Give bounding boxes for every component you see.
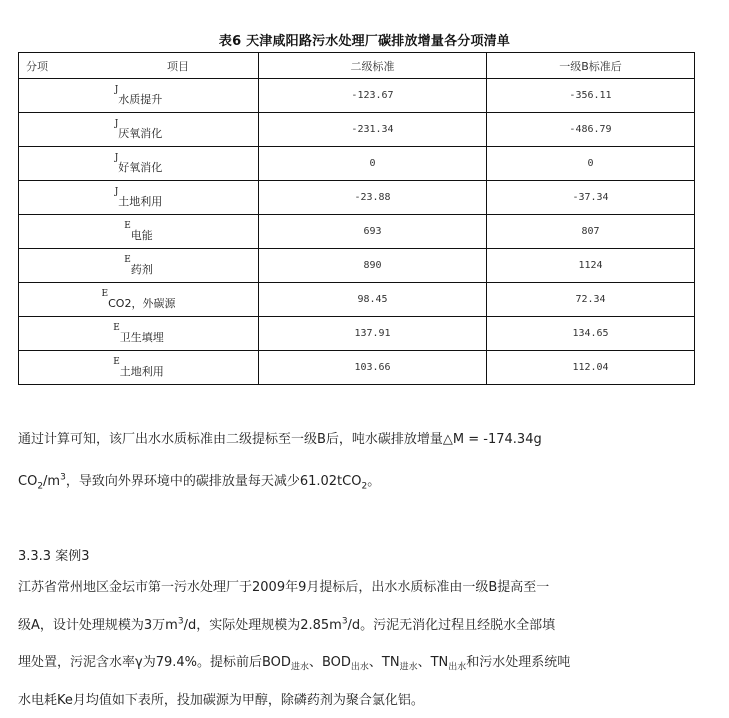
- text-span: /d。污泥无消化过程且经脱水全部填: [348, 618, 556, 633]
- text-span: 、TN: [418, 655, 449, 670]
- secondary-value: 0: [259, 147, 487, 181]
- first-b-value: -356.11: [487, 79, 695, 113]
- table-row: E药剂 890 1124: [19, 249, 695, 283]
- secondary-value: 103.66: [259, 351, 487, 385]
- secondary-value: 890: [259, 249, 487, 283]
- item-symbol: E: [113, 323, 120, 333]
- secondary-value: -123.67: [259, 79, 487, 113]
- text-span: CO: [18, 474, 37, 489]
- case3-line4: 水电耗Ke月均值如下表所，投加碳源为甲醇，除磷药剂为聚合氯化铝。: [18, 689, 424, 708]
- secondary-value: -231.34: [259, 113, 487, 147]
- item-cell: J土地利用: [19, 181, 259, 215]
- item-cell: E药剂: [19, 249, 259, 283]
- case3-line2: 级A，设计处理规模为3万m3/d，实际处理规模为2.85m3/d。污泥无消化过程…: [18, 614, 555, 633]
- item-subscript: 卫生填埋: [120, 331, 164, 344]
- section-heading: 3.3.3 案例3: [18, 545, 89, 564]
- item-subscript: 好氧消化: [118, 161, 162, 174]
- item-symbol: E: [124, 255, 131, 265]
- text-span: 和污水处理系统吨: [466, 655, 570, 670]
- secondary-value: -23.88: [259, 181, 487, 215]
- text-span: /m: [43, 474, 60, 489]
- item-subscript: 水质提升: [118, 93, 162, 106]
- subscript: 进水: [400, 663, 418, 673]
- first-b-value: 134.65: [487, 317, 695, 351]
- secondary-value: 137.91: [259, 317, 487, 351]
- header-secondary-standard: 二级标准: [259, 53, 487, 79]
- header-first-b-standard: 一级B标准后: [487, 53, 695, 79]
- table-row: J水质提升 -123.67 -356.11: [19, 79, 695, 113]
- item-subscript: 厌氧消化: [118, 127, 162, 140]
- case3-line3: 埋处置，污泥含水率γ为79.4%。提标前后BOD进水、BOD出水、TN进水、TN…: [18, 651, 570, 673]
- first-b-value: 72.34: [487, 283, 695, 317]
- table-caption: 表6 天津咸阳路污水处理厂碳排放增量各分项清单: [0, 30, 729, 49]
- table-row: ECO2，外碳源 98.45 72.34: [19, 283, 695, 317]
- first-b-value: 0: [487, 147, 695, 181]
- secondary-value: 693: [259, 215, 487, 249]
- header-subitem-label: 分项: [26, 58, 48, 74]
- table-row: E电能 693 807: [19, 215, 695, 249]
- subscript: 进水: [291, 663, 309, 673]
- item-subscript: 药剂: [131, 263, 153, 276]
- text-span: 、BOD: [309, 655, 351, 670]
- item-cell: J好氧消化: [19, 147, 259, 181]
- paragraph-result-line1: 通过计算可知，该厂出水水质标准由二级提标至一级B后，吨水碳排放增量△M = -1…: [18, 428, 542, 447]
- table-header-row: 分项 项目 二级标准 一级B标准后: [19, 53, 695, 79]
- carbon-emission-table: 分项 项目 二级标准 一级B标准后 J水质提升 -123.67 -356.11 …: [18, 52, 695, 385]
- header-cell-item: 分项 项目: [19, 53, 259, 79]
- item-symbol: E: [124, 221, 131, 231]
- case3-line1: 江苏省常州地区金坛市第一污水处理厂于2009年9月提标后，出水水质标准由一级B提…: [18, 576, 549, 595]
- table-row: E卫生填埋 137.91 134.65: [19, 317, 695, 351]
- first-b-value: 112.04: [487, 351, 695, 385]
- table-row: J好氧消化 0 0: [19, 147, 695, 181]
- item-symbol: E: [113, 357, 120, 367]
- first-b-value: 1124: [487, 249, 695, 283]
- secondary-value: 98.45: [259, 283, 487, 317]
- text-span: 级A，设计处理规模为3万m: [18, 618, 178, 633]
- item-cell: E卫生填埋: [19, 317, 259, 351]
- first-b-value: -37.34: [487, 181, 695, 215]
- first-b-value: 807: [487, 215, 695, 249]
- subscript: 出水: [351, 663, 369, 673]
- text-span: /d，实际处理规模为2.85m: [184, 618, 342, 633]
- item-subscript: 土地利用: [118, 195, 162, 208]
- item-cell: E土地利用: [19, 351, 259, 385]
- text-span: ，导致向外界环境中的碳排放量每天减少61.02tCO: [66, 474, 362, 489]
- table-row: J厌氧消化 -231.34 -486.79: [19, 113, 695, 147]
- first-b-value: -486.79: [487, 113, 695, 147]
- text-span: 埋处置，污泥含水率γ为79.4%。提标前后BOD: [18, 655, 291, 670]
- table-row: J土地利用 -23.88 -37.34: [19, 181, 695, 215]
- item-subscript: 电能: [131, 229, 153, 242]
- item-cell: ECO2，外碳源: [19, 283, 259, 317]
- header-item-label: 项目: [167, 58, 189, 74]
- item-cell: J水质提升: [19, 79, 259, 113]
- item-subscript: 土地利用: [120, 365, 164, 378]
- item-cell: J厌氧消化: [19, 113, 259, 147]
- item-subscript: CO2，外碳源: [108, 297, 175, 310]
- text-span: 。: [367, 474, 380, 489]
- table-row: E土地利用 103.66 112.04: [19, 351, 695, 385]
- text-span: 、TN: [369, 655, 400, 670]
- item-cell: E电能: [19, 215, 259, 249]
- subscript: 出水: [448, 663, 466, 673]
- paragraph-result-line2: CO2/m3，导致向外界环境中的碳排放量每天减少61.02tCO2。: [18, 470, 380, 492]
